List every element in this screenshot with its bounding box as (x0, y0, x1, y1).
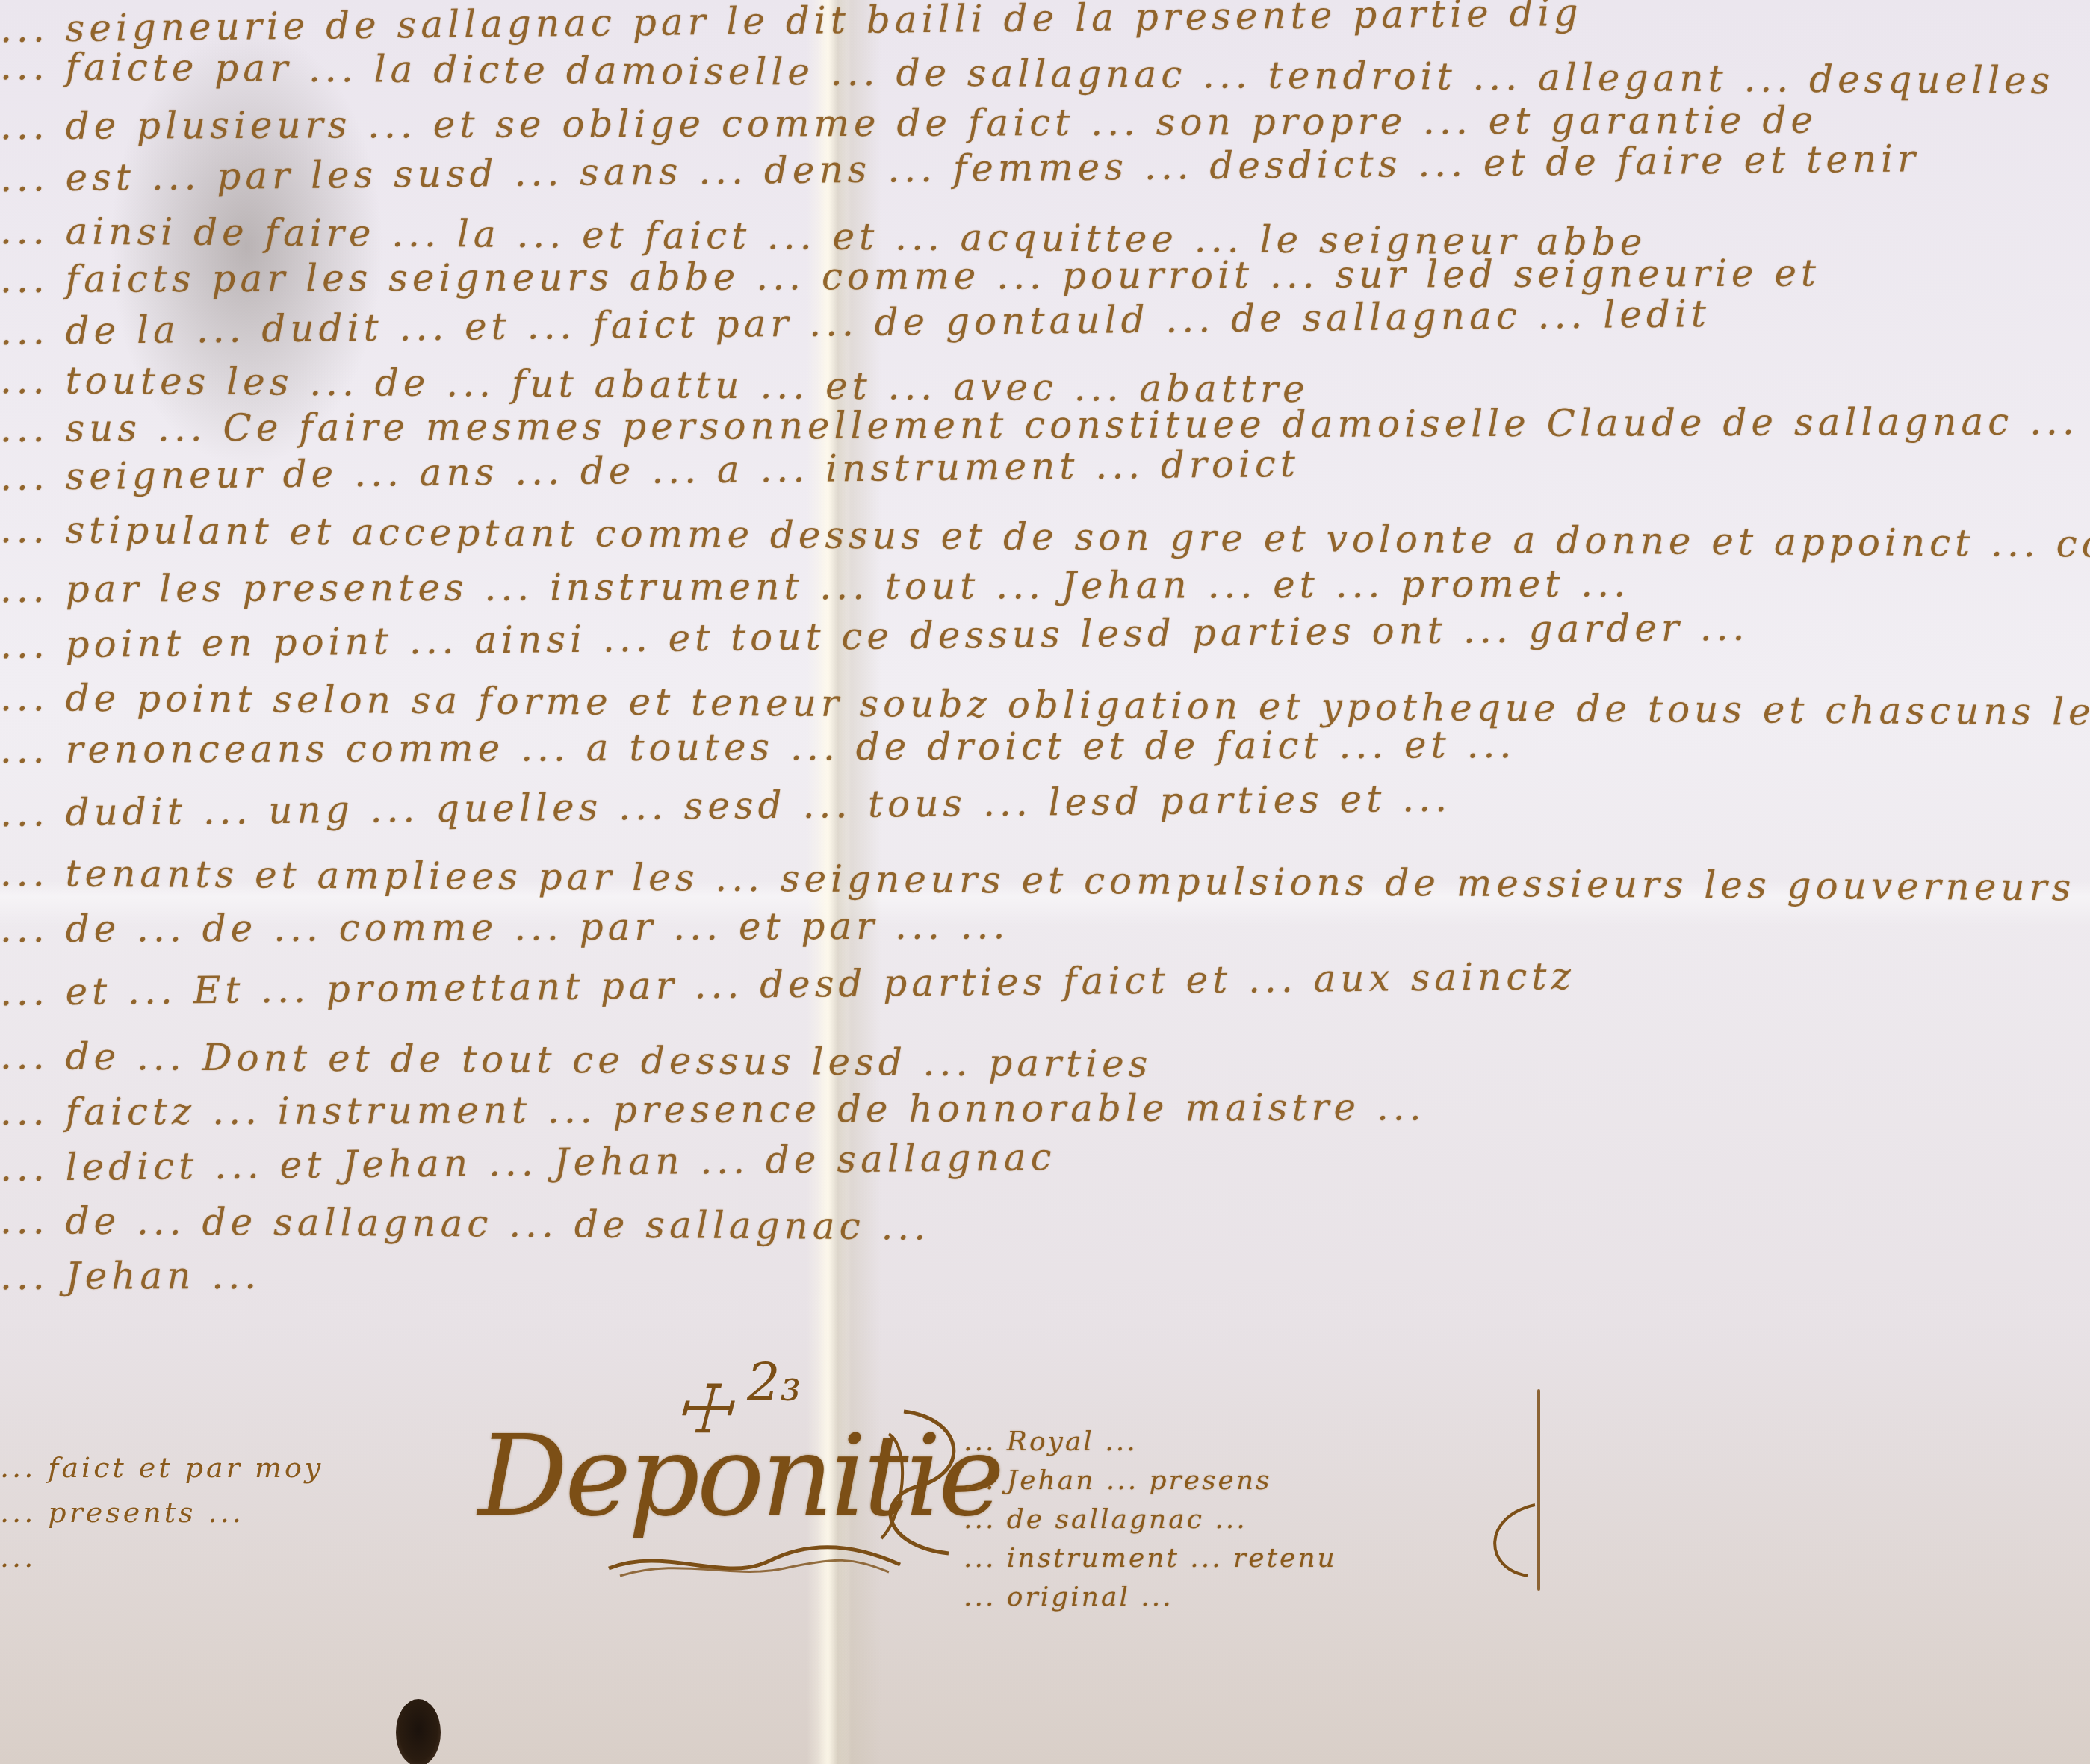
signature-left-text: ... faict et par moy ... presents ... ..… (0, 1445, 323, 1580)
signature-left-line: ... (0, 1535, 323, 1580)
manuscript-line: ... de ... Dont et de tout ce dessus les… (0, 1034, 1153, 1086)
signature-block-line: ... Royal ... (964, 1423, 1337, 1462)
manuscript-line: ... stipulant et acceptant comme dessus … (0, 508, 2090, 567)
manuscript-page: ... seigneurie de sallagnac par le dit b… (0, 0, 2090, 1764)
manuscript-line: ... Jehan ... (0, 1254, 261, 1298)
parchment-hole (396, 1699, 441, 1764)
manuscript-line: ... seigneurie de sallagnac par le dit b… (0, 0, 1583, 51)
signature-block-line: ... original ... (964, 1578, 1337, 1617)
manuscript-line: ... de ... de sallagnac ... de sallagnac… (0, 1199, 930, 1249)
signature-block: ... Royal ... ... Jehan ... presens ... … (964, 1423, 1337, 1617)
signature-left-line: ... faict et par moy (0, 1445, 323, 1490)
manuscript-line: ... faicte par ... la dicte damoiselle .… (0, 45, 2055, 102)
signature-paraph-icon (859, 1404, 979, 1568)
manuscript-line: ... par les presentes ... instrument ...… (0, 562, 1630, 611)
manuscript-line: ... tenants et ampliees par les ... seig… (0, 851, 2090, 910)
signature-left-line: ... presents ... (0, 1490, 323, 1535)
manuscript-line: ... ledict ... et Jehan ... Jehan ... de… (0, 1135, 1056, 1190)
manuscript-line: ... dudit ... ung ... quelles ... sesd .… (0, 777, 1451, 835)
manuscript-line: ... de ... de ... comme ... par ... et p… (0, 904, 1009, 951)
manuscript-line: ... point en point ... ainsi ... et tout… (0, 605, 1749, 667)
signature-block-line: ... instrument ... retenu (964, 1539, 1337, 1578)
numeral-mark: 2₃ (747, 1352, 801, 1413)
manuscript-line: ... de la ... dudit ... et ... faict par… (0, 292, 1711, 353)
manuscript-line: ... faictz ... instrument ... presence d… (0, 1085, 1426, 1134)
manuscript-line: ... et ... Et ... promettant par ... des… (0, 954, 1575, 1014)
manuscript-line: ... seigneur de ... ans ... de ... a ...… (0, 442, 1300, 499)
signature-block-line: ... Jehan ... presens (964, 1462, 1337, 1500)
signature-block-line: ... de sallagnac ... (964, 1500, 1337, 1539)
manuscript-line: ... sus ... Ce faire mesmes personnellem… (0, 400, 2079, 450)
manuscript-line: ... renonceans comme ... a toutes ... de… (0, 723, 1516, 771)
flourish-loop-icon (1475, 1501, 1542, 1583)
